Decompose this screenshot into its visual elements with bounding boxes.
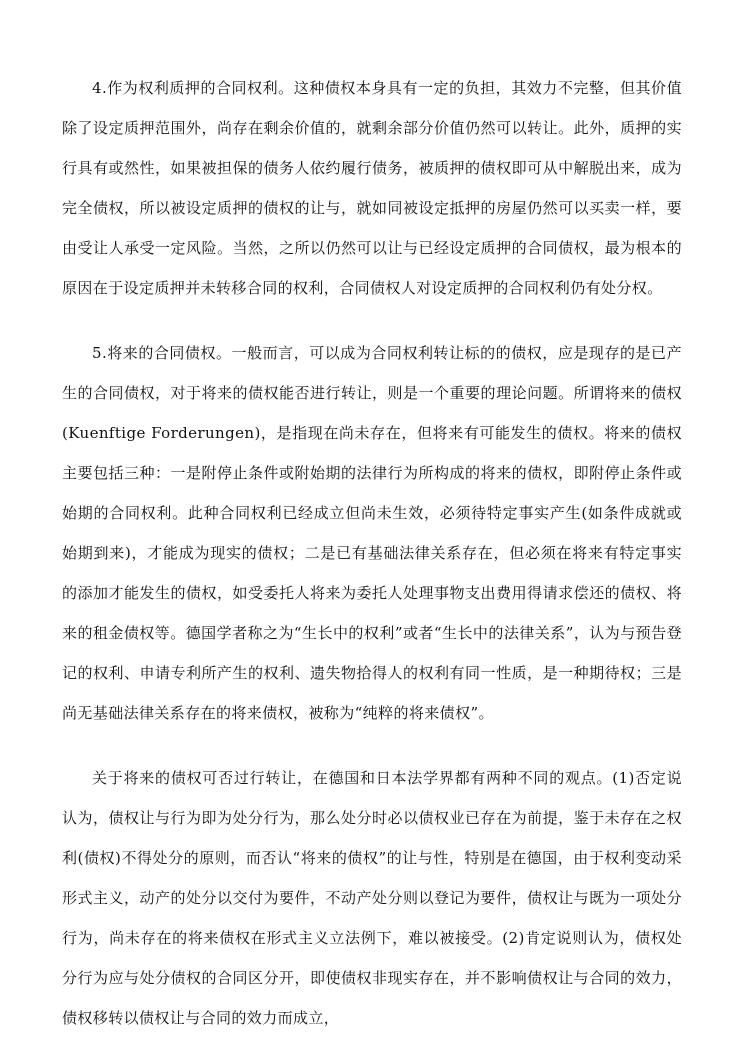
paragraph-pledged-contract-rights: 4.作为权利质押的合同权利。这种债权本身具有一定的负担，其效力不完整，但其价值除… — [62, 68, 682, 308]
paragraph-future-contract-claims: 5.将来的合同债权。一般而言，可以成为合同权利转让标的的债权，应是现存的是已产生… — [62, 333, 682, 733]
paragraph-future-claims-transfer-debate: 关于将来的债权可否过行转让，在德国和日本法学界都有两种不同的观点。(1)否定说认… — [62, 758, 682, 1038]
document-page: 4.作为权利质押的合同权利。这种债权本身具有一定的负担，其效力不完整，但其价值除… — [0, 0, 744, 1052]
